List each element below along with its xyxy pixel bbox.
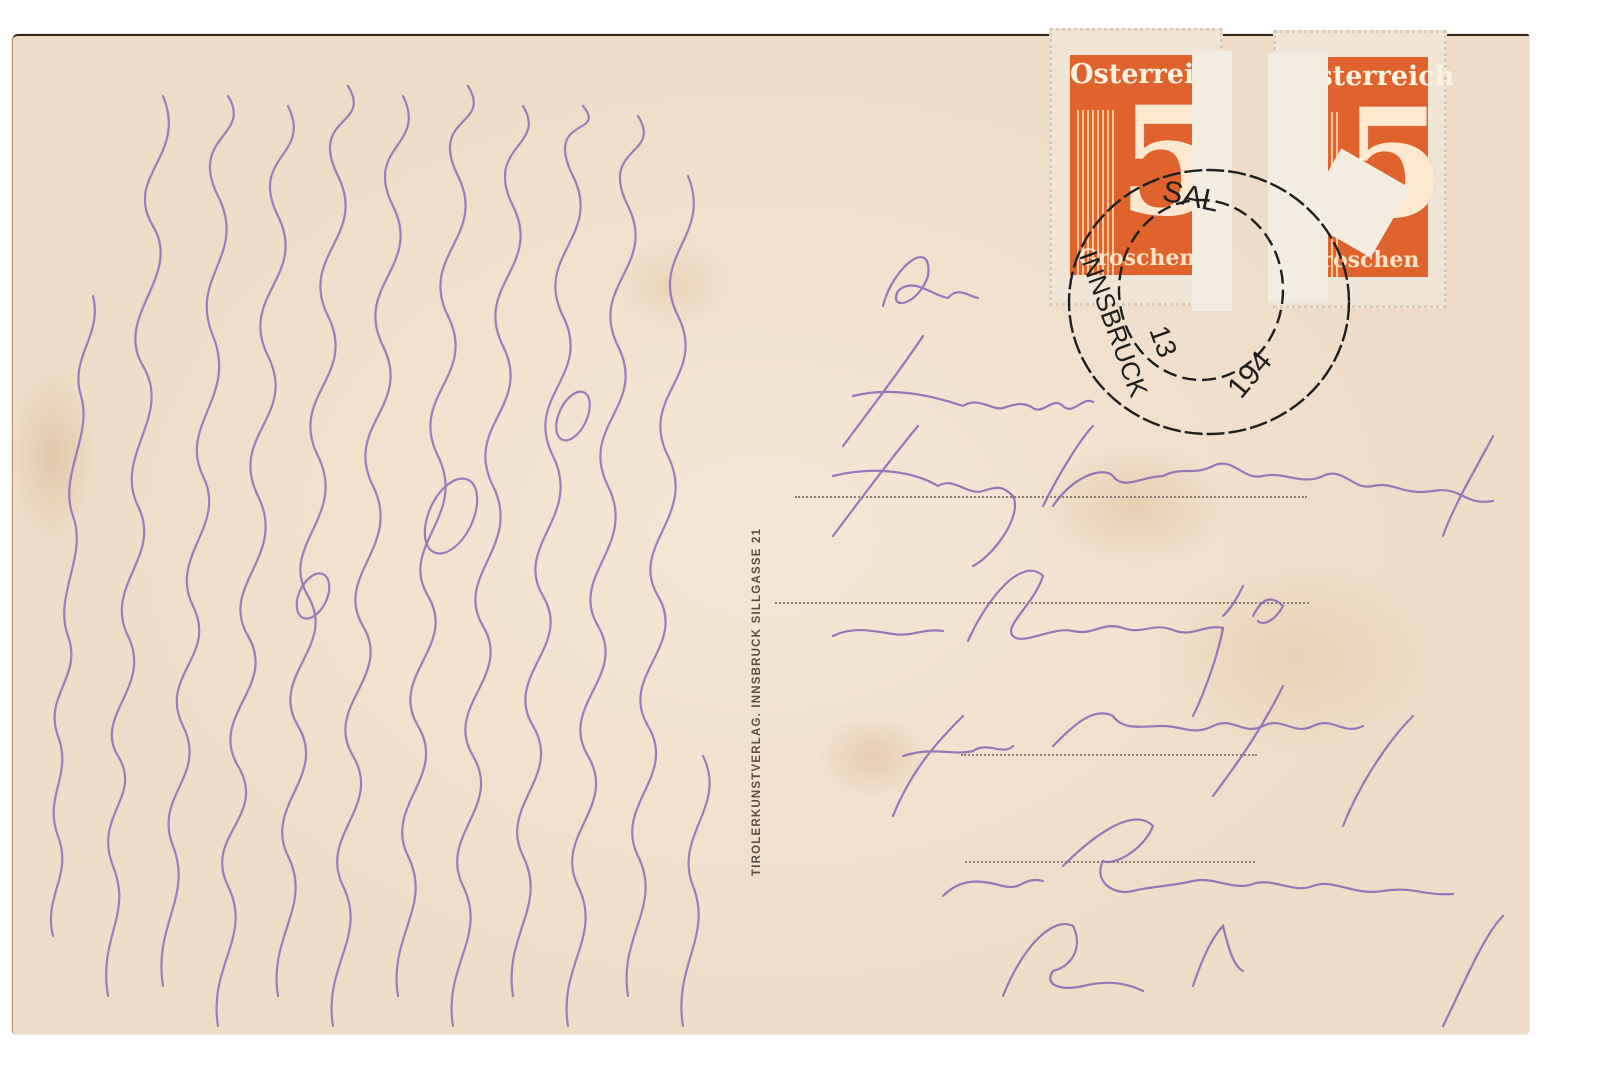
postcard-back: TIROLERKUNSTVERLAG. INNSBRUCK SILLGASSE … bbox=[12, 34, 1529, 1034]
handwritten-address bbox=[13, 36, 1529, 1034]
